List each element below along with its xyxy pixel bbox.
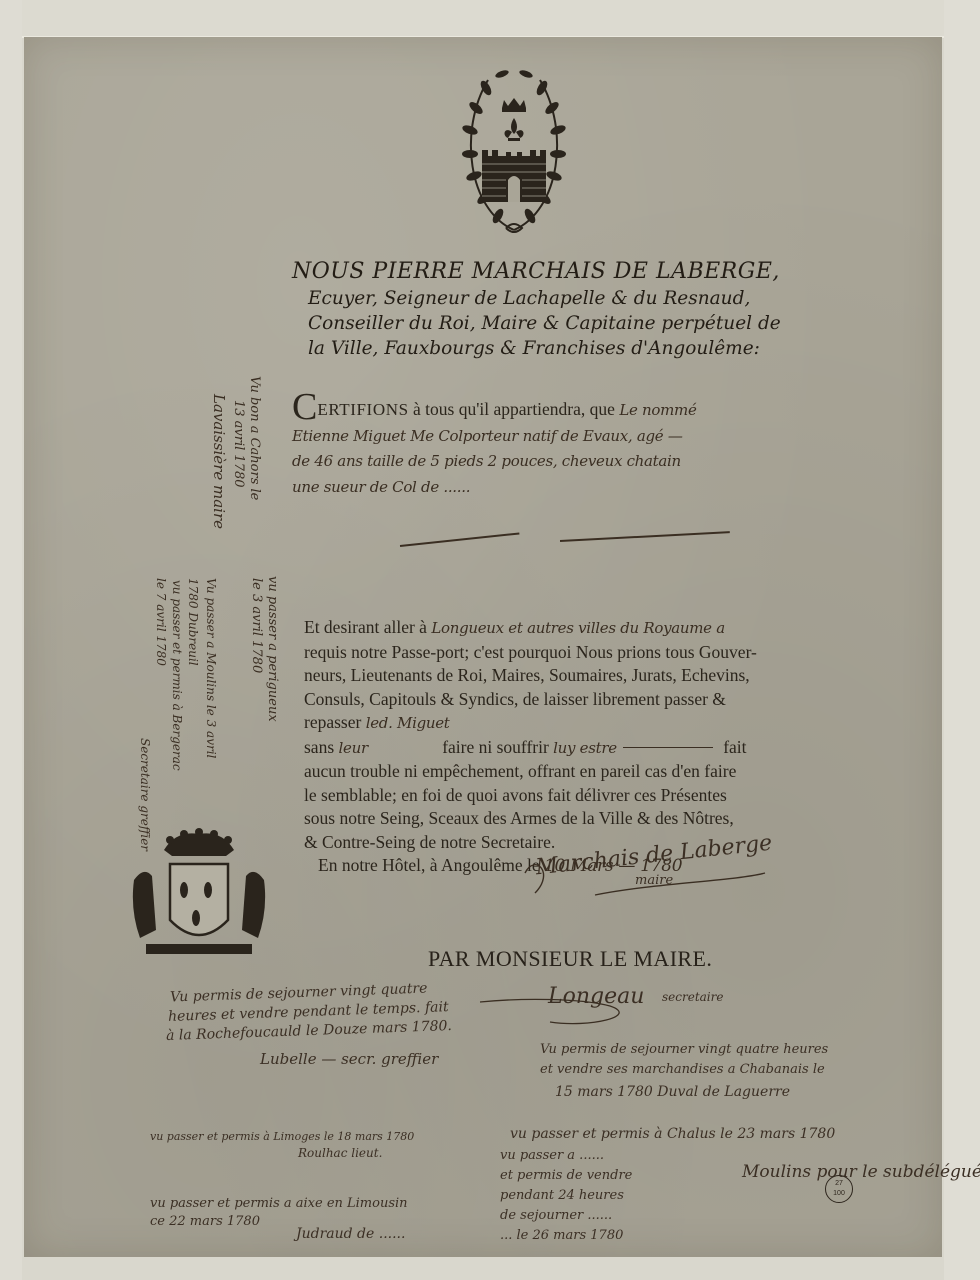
mount-border-top (0, 0, 980, 38)
margin-note-cahors-signature: Lavaissière maire (210, 394, 228, 529)
handwritten-bearer: led. Miguet (366, 714, 450, 732)
passage-row: le semblable; en foi de quoi avons fait … (304, 784, 884, 808)
passage-row: sous notre Seing, Sceaux des Armes de la… (304, 807, 884, 831)
margin-note-moulins-1: Vu passer a Moulins le 3 avril (204, 578, 218, 758)
issuer-title-line-3: la Ville, Fauxbourgs & Franchises d'Ango… (292, 336, 812, 361)
note-chalus-1: vu passer et permis à Chalus le 23 mars … (510, 1126, 835, 1142)
note-chalus-4: pendant 24 heures (500, 1188, 624, 1203)
cert-printed: à tous qu'il appartiendra, que (409, 399, 620, 419)
passage-row: requis notre Passe-port; c'est pourquoi … (304, 641, 884, 665)
margin-note-perigueux-1: vu passer a perigueux (265, 576, 280, 722)
note-aixe-2: ce 22 mars 1780 (150, 1214, 260, 1229)
issuer-name: NOUS PIERRE MARCHAIS DE LABERGE, (292, 258, 812, 286)
handwritten-fill: leur (339, 739, 368, 757)
certifions-word: ERTIFIONS (317, 400, 408, 419)
passage-row-destination: Et desirant aller à Longueux et autres v… (304, 616, 884, 641)
note-aixe-1: vu passer et permis a aixe en Limousin (150, 1196, 408, 1211)
passage-row-bearer: repasser led. Miguet (304, 711, 884, 736)
cert-handwritten-name-intro: Le nommé (619, 401, 696, 419)
note-chabanais-2: et vendre ses marchandises a Chabanais l… (540, 1062, 825, 1077)
margin-note-bergerac-1: vu passer et permis à Bergerac (170, 580, 184, 771)
par-monsieur-le-maire: PAR MONSIEUR LE MAIRE. (428, 946, 712, 972)
cert-handwritten-line-2: de 46 ans taille de 5 pieds 2 pouces, ch… (292, 450, 892, 474)
passage-row: Consuls, Capitouls & Syndics, de laisser… (304, 688, 884, 712)
stamp-number: 27 (826, 1179, 852, 1189)
printed-text: repasser (304, 712, 366, 732)
cert-handwritten-line-1: Etienne Miguet Me Colporteur natif de Ev… (292, 425, 892, 449)
note-chabanais-1: Vu permis de sejourner vingt quatre heur… (540, 1042, 828, 1057)
margin-note-moulins-2: 1780 Dubreuil (186, 578, 200, 666)
secretary-flourish-icon (470, 998, 670, 1028)
passage-row: aucun trouble ni empêchement, offrant en… (304, 760, 884, 784)
mount-border-right (944, 0, 980, 1280)
printed-text: Et desirant aller à (304, 617, 431, 637)
cert-handwritten-line-3: une sueur de Col de ...... (292, 476, 892, 500)
issuer-header: NOUS PIERRE MARCHAIS DE LABERGE, Ecuyer,… (292, 258, 812, 361)
passport-request-text: Et desirant aller à Longueux et autres v… (304, 616, 884, 879)
note-rochefoucauld-signature: Lubelle — secr. greffier (260, 1050, 438, 1068)
margin-note-bergerac-3: Secretaire greffier (138, 738, 152, 851)
dropcap: C (292, 386, 317, 428)
city-arms-emblem-icon (458, 60, 570, 242)
note-chalus-5: de sejourner ...... (500, 1208, 612, 1223)
issuer-title-line-2: Conseiller du Roi, Maire & Capitaine per… (292, 311, 812, 336)
note-limoges-1: vu passer et permis à Limoges le 18 mars… (150, 1130, 414, 1143)
printed-text: faire ni souffrir (438, 737, 553, 757)
mayor-signature: Marchais de Laberge maire (515, 843, 815, 903)
printed-text: En notre Hôtel, à Angoulême le (318, 855, 544, 875)
certification-block: CERTIFIONS à tous qu'il appartiendra, qu… (292, 392, 892, 499)
printed-text: sans (304, 737, 339, 757)
margin-note-perigueux-2: le 3 avril 1780 (249, 578, 264, 673)
note-chabanais-3: 15 mars 1780 Duval de Laguerre (555, 1084, 790, 1100)
library-stamp: 27 100 (825, 1175, 853, 1203)
margin-note-cahors-2: 13 avril 1780 (231, 400, 246, 488)
stamp-number: 100 (826, 1189, 852, 1199)
printed-text: fait (719, 737, 747, 757)
note-limoges-signature: Roulhac lieut. (298, 1146, 382, 1160)
passage-row-sans: sans leur faire ni souffrir luy estre fa… (304, 736, 884, 761)
secretary-title: secretaire (662, 990, 723, 1004)
signature-flourish-icon (515, 843, 815, 903)
handwritten-fill: luy estre (553, 739, 617, 757)
passage-row: neurs, Lieutenants de Roi, Maires, Souma… (304, 664, 884, 688)
margin-note-cahors-1: Vu bon a Cahors le (247, 376, 262, 500)
note-chalus-6: ... le 26 mars 1780 (500, 1228, 623, 1243)
mount-border-left (0, 0, 22, 1280)
note-chalus-3: et permis de vendre (500, 1168, 632, 1183)
note-aixe-signature: Judraud de ...... (296, 1226, 405, 1242)
issuer-title-line-1: Ecuyer, Seigneur de Lachapelle & du Resn… (292, 286, 812, 311)
moulins-signature: Moulins pour le subdélégué (742, 1162, 980, 1182)
note-chalus-2: vu passer a ...... (500, 1148, 604, 1163)
margin-note-bergerac-2: le 7 avril 1780 (154, 578, 168, 666)
handwritten-destination: Longueux et autres villes du Royaume a (431, 619, 725, 637)
